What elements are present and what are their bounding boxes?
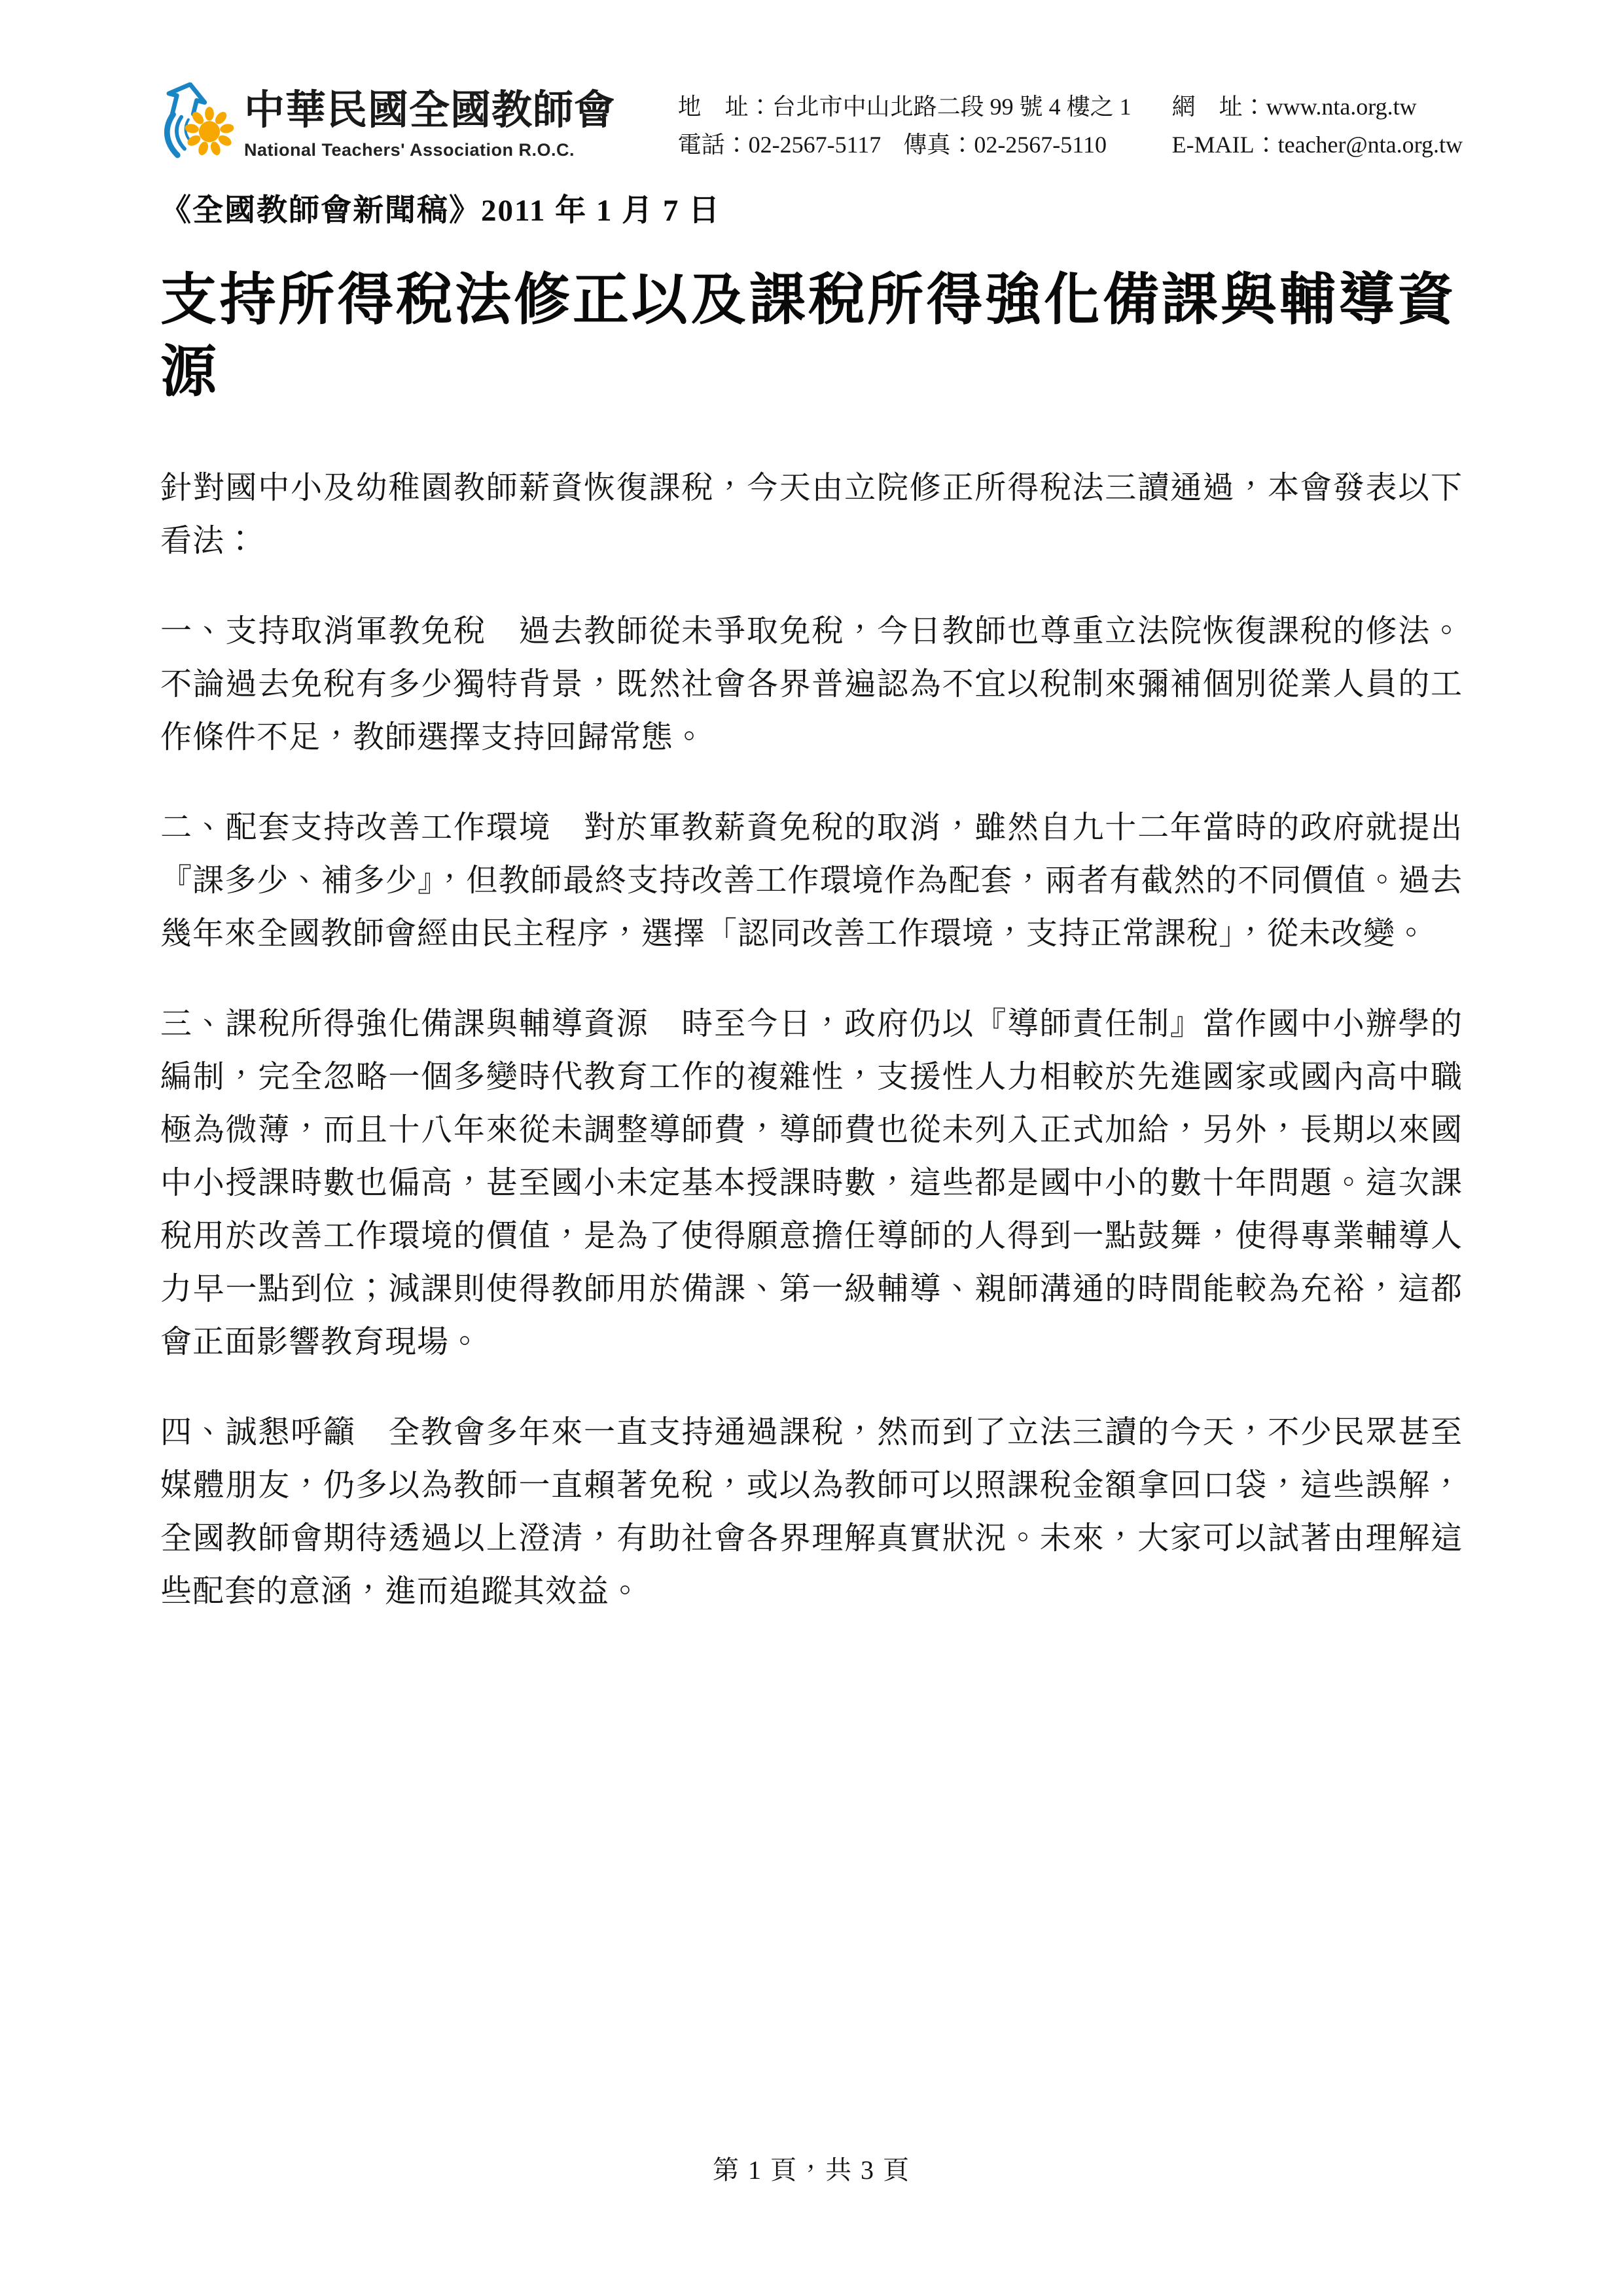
press-release-dateline: 《全國教師會新聞稿》2011 年 1 月 7 日 [160, 186, 1463, 230]
contact-website: 網 址：www.nta.org.tw [1172, 92, 1463, 122]
letterhead: 中華民國全國教師會 National Teachers' Association… [160, 82, 1463, 162]
document-title: 支持所得稅法修正以及課稅所得強化備課與輔導資源 [160, 264, 1463, 408]
paragraph-point-3: 三、課稅所得強化備課與輔導資源 時至今日，政府仍以『導師責任制』當作國中小辦學的… [160, 997, 1463, 1369]
page-number: 第 1 頁，共 3 頁 [0, 2149, 1623, 2187]
brand: 中華民國全國教師會 National Teachers' Association… [160, 82, 615, 162]
contact-phone-fax: 電話：02-2567-5117 傳真：02-2567-5110 [678, 130, 1172, 160]
paragraph-intro: 針對國中小及幼稚園教師薪資恢復課稅，今天由立院修正所得稅法三讀通過，本會發表以下… [160, 461, 1463, 567]
contact-fax: 傳真：02-2567-5110 [903, 130, 1107, 160]
contact-address: 地 址：台北市中山北路二段 99 號 4 樓之 1 [678, 92, 1172, 122]
press-release-page: 中華民國全國教師會 National Teachers' Association… [0, 0, 1623, 2296]
org-name-chinese: 中華民國全國教師會 [244, 82, 615, 139]
paragraph-point-2: 二、配套支持改善工作環境 對於軍教薪資免稅的取消，雖然自九十二年當時的政府就提出… [160, 801, 1463, 960]
org-name-english: National Teachers' Association R.O.C. [244, 139, 615, 161]
nta-logo-icon [160, 82, 234, 162]
paragraph-point-1: 一、支持取消軍教免稅 過去教師從未爭取免稅，今日教師也尊重立法院恢復課稅的修法。… [160, 605, 1463, 764]
document-body: 針對國中小及幼稚園教師薪資恢復課稅，今天由立院修正所得稅法三讀通過，本會發表以下… [160, 461, 1463, 1618]
contact-block: 地 址：台北市中山北路二段 99 號 4 樓之 1 網 址：www.nta.or… [678, 92, 1463, 160]
paragraph-point-4: 四、誠懇呼籲 全教會多年來一直支持通過課稅，然而到了立法三讀的今天，不少民眾甚至… [160, 1406, 1463, 1618]
contact-email: E-MAIL：teacher@nta.org.tw [1172, 130, 1463, 160]
brand-text: 中華民國全國教師會 National Teachers' Association… [244, 82, 615, 161]
contact-phone: 電話：02-2567-5117 [678, 130, 882, 160]
